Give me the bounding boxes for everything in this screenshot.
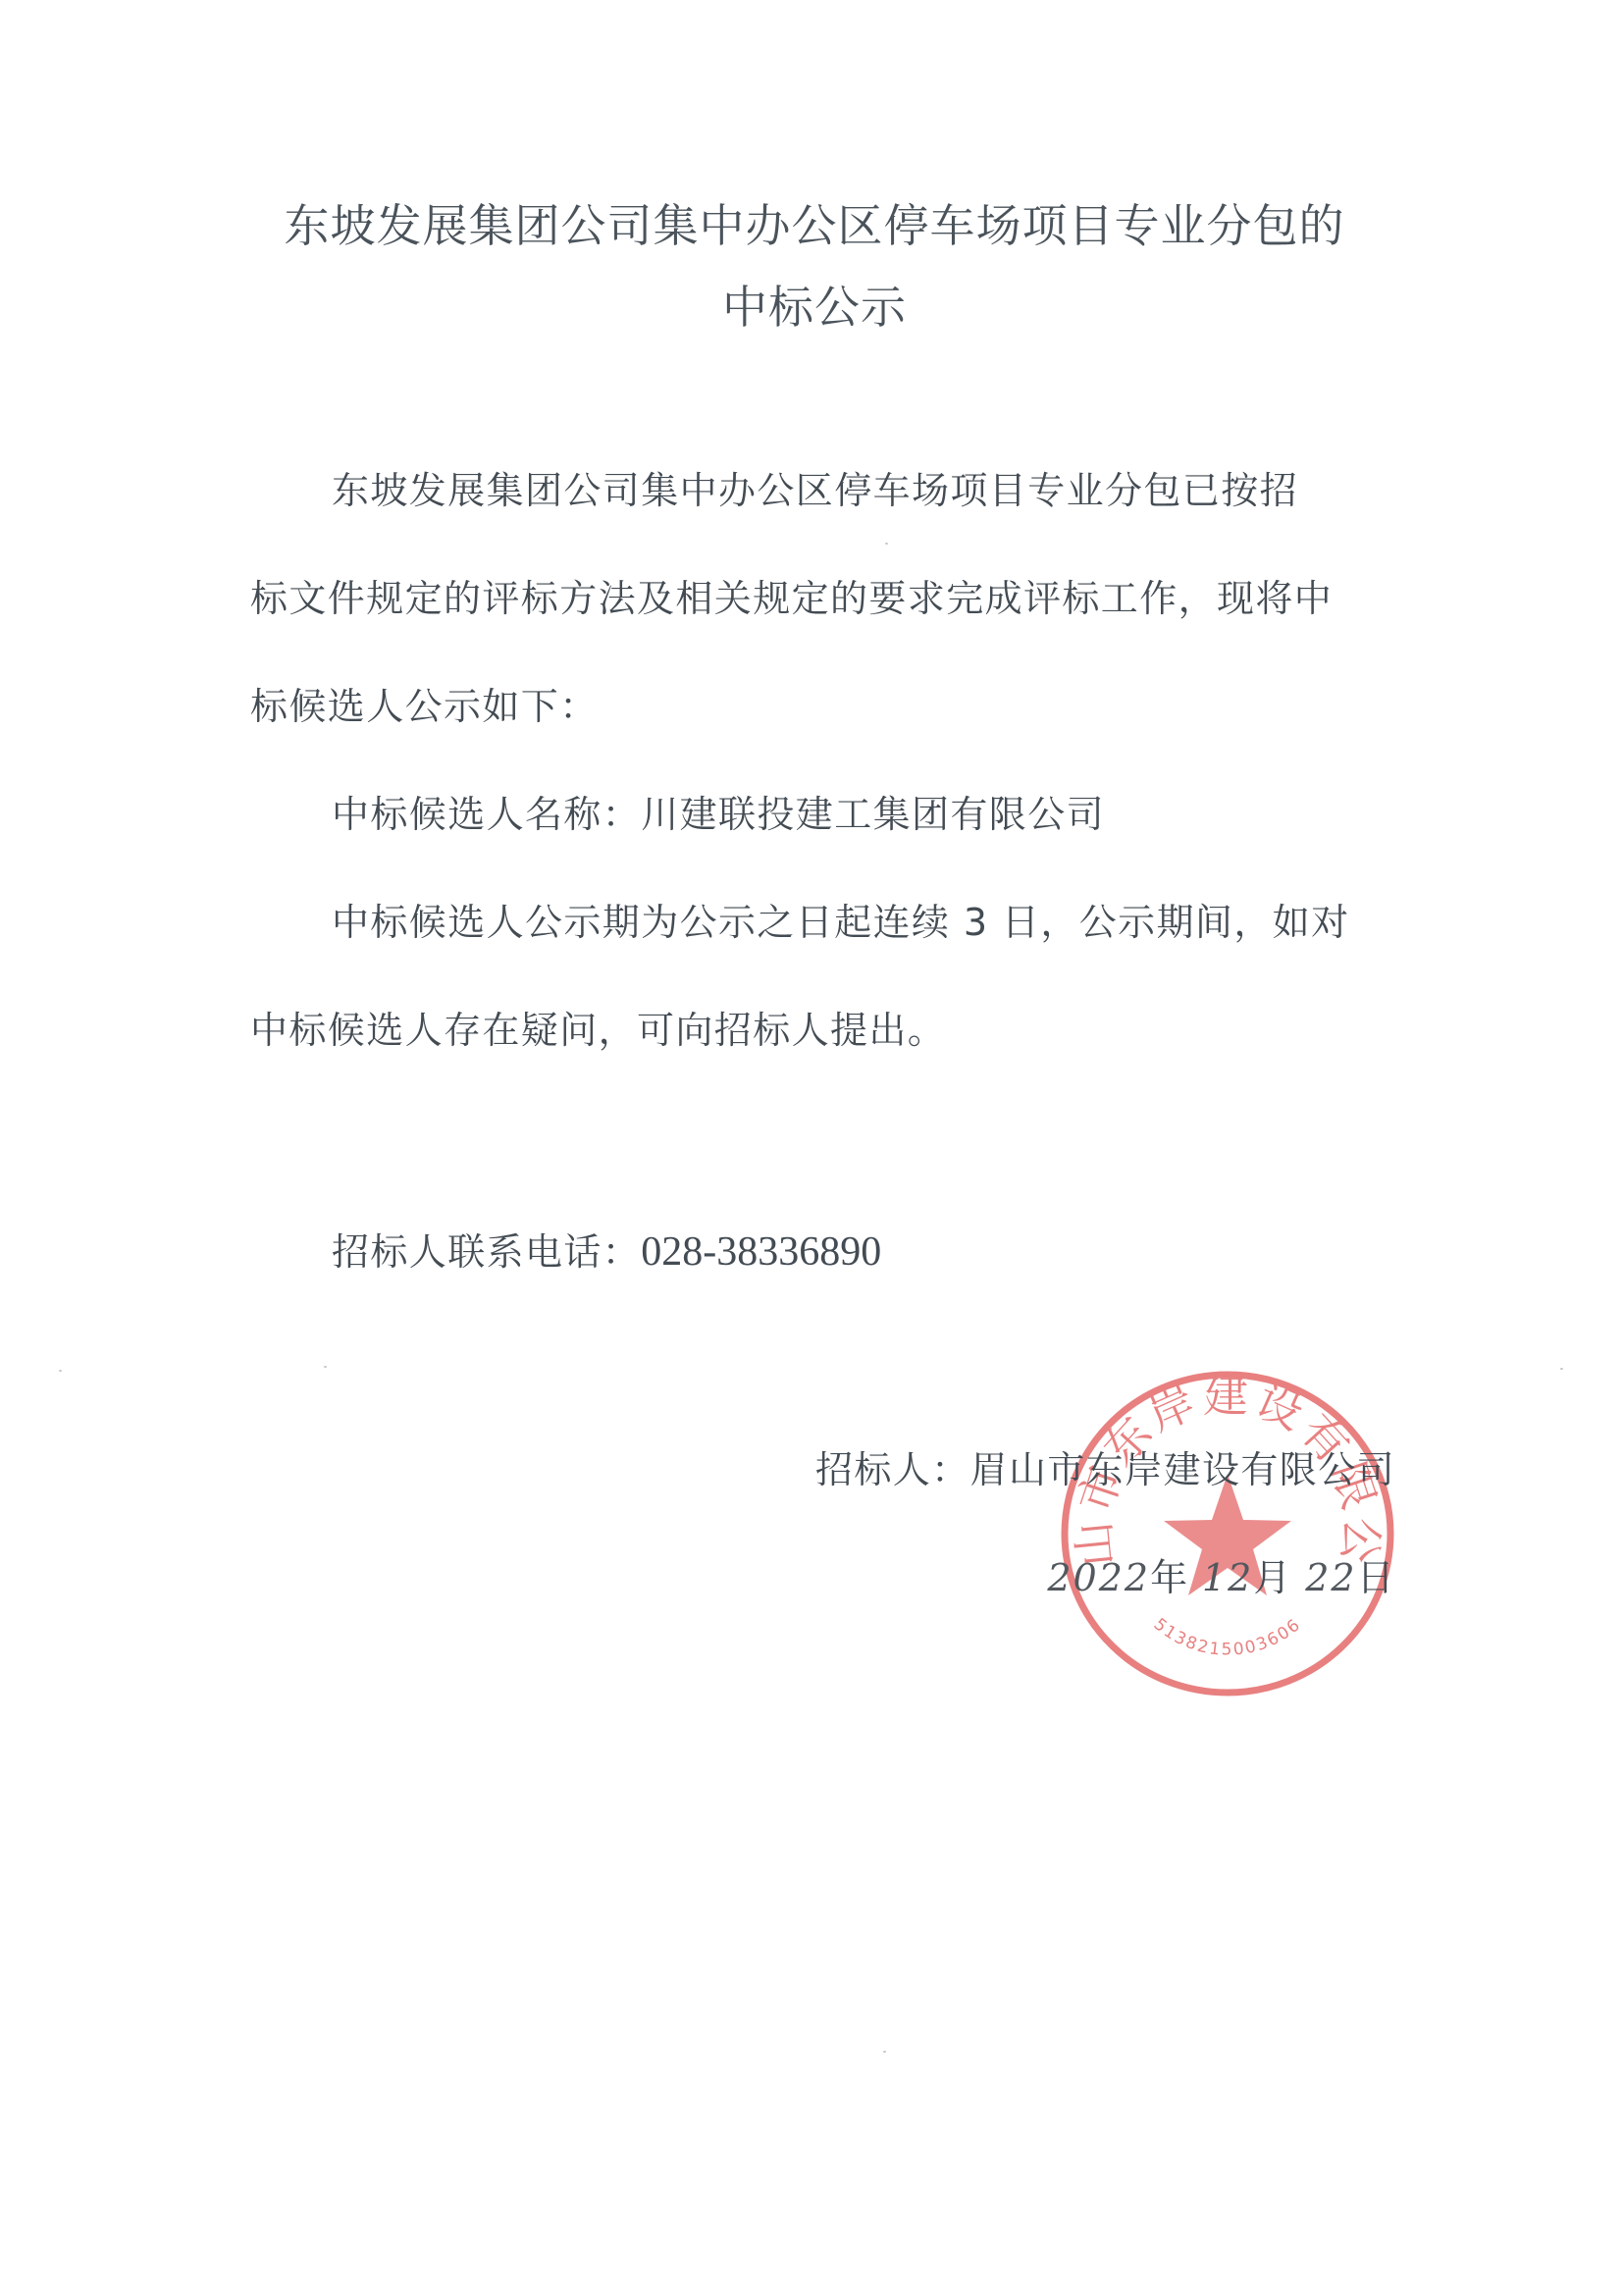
date-year: 2022	[1047, 1556, 1150, 1599]
paragraph-3-line-1: 中标候选人公示期为公示之日起连续 3 日，公示期间，如对	[332, 899, 1480, 946]
phone-number: 028-38336890	[641, 1229, 881, 1275]
document-page: 东坡发展集团公司集中办公区停车场项目专业分包的 中标公示 东坡发展集团公司集中办…	[0, 0, 1623, 2296]
svg-text:5138215003606: 5138215003606	[1150, 1615, 1306, 1660]
paragraph-1-line-1: 东坡发展集团公司集中办公区停车场项目专业分包已按招	[332, 467, 1480, 514]
paragraph-1-line-3: 标候选人公示如下：	[250, 683, 1398, 730]
date-day: 22	[1305, 1556, 1356, 1599]
scan-speck	[324, 1366, 327, 1368]
candidate-name: 川建联投建工集团有限公司	[641, 793, 1105, 836]
tenderer-line: 招标人：眉山市东岸建设有限公司	[815, 1446, 1395, 1493]
stamp-code: 5138215003606	[1150, 1615, 1306, 1660]
candidate-line: 中标候选人名称：川建联投建工集团有限公司	[332, 791, 1480, 838]
date-month-suffix: 月	[1253, 1556, 1291, 1599]
candidate-label: 中标候选人名称：	[332, 793, 641, 836]
date-month: 12	[1202, 1556, 1253, 1599]
tenderer-label: 招标人：	[815, 1448, 970, 1491]
paragraph-1-line-2: 标文件规定的评标方法及相关规定的要求完成评标工作，现将中	[250, 575, 1398, 622]
document-title-line1: 东坡发展集团公司集中办公区停车场项目专业分包的	[236, 190, 1393, 261]
document-title-line2: 中标公示	[236, 272, 1393, 342]
tenderer-name: 眉山市东岸建设有限公司	[970, 1448, 1395, 1491]
company-seal-stamp: 眉山市东岸建设有限公司 5138215003606	[1058, 1368, 1397, 1699]
phone-label: 招标人联系电话：	[332, 1230, 641, 1274]
scan-speck	[1560, 1368, 1563, 1370]
date-year-suffix: 年	[1150, 1556, 1188, 1599]
scan-speck	[885, 543, 888, 545]
signature-date: 2022年 12月 22日	[1047, 1554, 1395, 1601]
phone-line: 招标人联系电话：028-38336890	[332, 1228, 1480, 1276]
paragraph-3-line-2: 中标候选人存在疑问，可向招标人提出。	[250, 1007, 1398, 1054]
scan-speck	[883, 2051, 886, 2053]
date-day-suffix: 日	[1357, 1556, 1395, 1599]
scan-speck	[59, 1370, 62, 1372]
